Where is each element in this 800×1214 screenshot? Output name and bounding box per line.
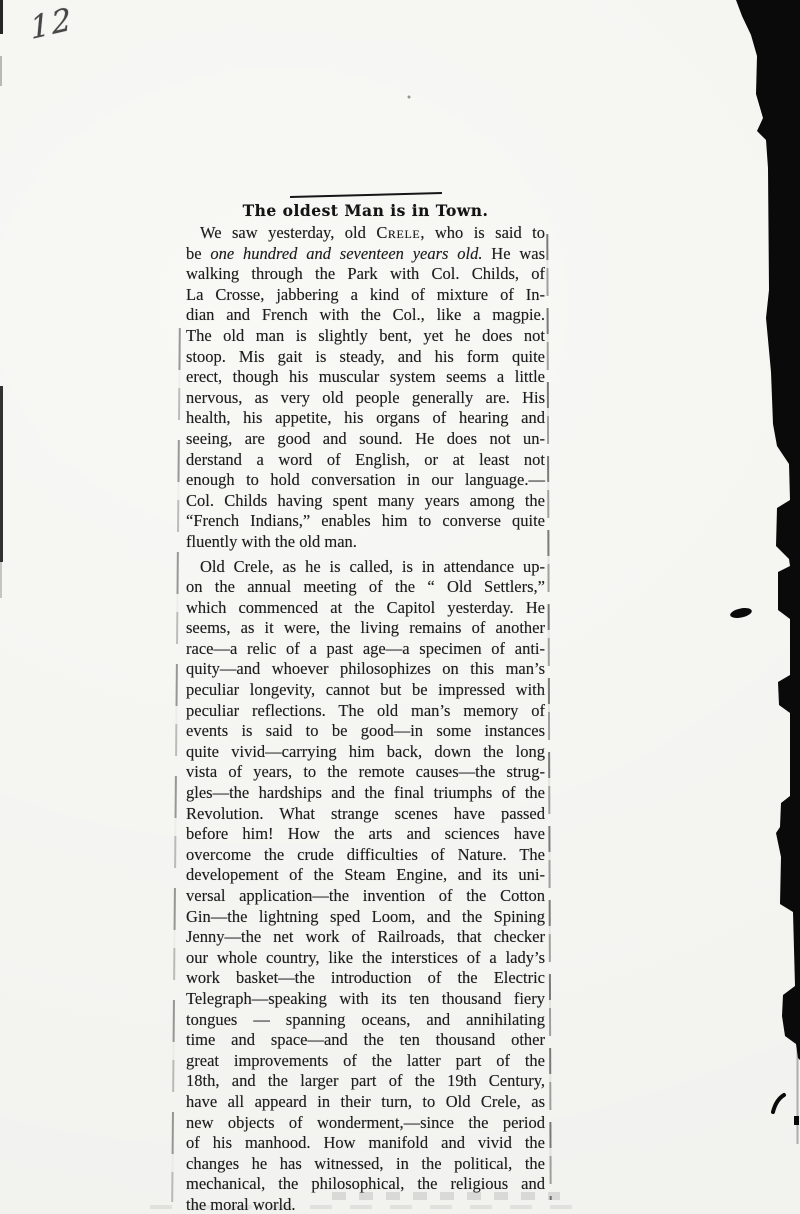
text-line: quite vivid—carrying him back, down the … <box>186 742 545 763</box>
text-line: our whole country, like the interstices … <box>186 948 545 969</box>
text-line: quity—and whoever philosophizes on this … <box>186 659 545 680</box>
text-line: tongues — spanning oceans, and annihilat… <box>186 1010 545 1031</box>
text-line: Gin—the lightning sped Loom, and the Spi… <box>186 907 545 928</box>
text-line: Jenny—the net work of Railroads, that ch… <box>186 927 545 948</box>
scan-left-edge <box>0 56 2 86</box>
text-line: seeing, are good and sound. He does not … <box>186 429 545 450</box>
text-line: Revolution. What strange scenes have pas… <box>186 804 545 825</box>
text-line: Old Crele, as he is called, is in attend… <box>186 557 545 578</box>
text-line: Col. Childs having spent many years amon… <box>186 491 545 512</box>
column-rule-right <box>546 234 551 1200</box>
text-line: changes he has witnessed, in the politic… <box>186 1154 545 1175</box>
text-line: nervous, as very old people generally ar… <box>186 388 545 409</box>
text-line: which commenced at the Capitol yesterday… <box>186 598 545 619</box>
text-line: of his manhood. How manifold and vivid t… <box>186 1133 545 1154</box>
handwritten-page-number: 12 <box>29 1 75 47</box>
article-column: The oldest Man is in Town. We saw yester… <box>186 192 545 1214</box>
column-rule-left <box>171 328 181 1202</box>
text-line: health, his appetite, his organs of hear… <box>186 408 545 429</box>
text-line: race—a relic of a past age—a specimen of… <box>186 639 545 660</box>
ink-speck <box>408 96 411 99</box>
text-line: developement of the Steam Engine, and it… <box>186 865 545 886</box>
text-line: dian and French with the Col., like a ma… <box>186 305 545 326</box>
scan-bottom-edge-smudge <box>332 1192 560 1200</box>
text-line: “French Indians,” enables him to convers… <box>186 511 545 532</box>
text-line: work basket—the introduction of the Elec… <box>186 968 545 989</box>
headline: The oldest Man is in Town. <box>186 200 545 221</box>
text-line: derstand a word of English, or at least … <box>186 450 545 471</box>
ink-speck <box>794 1116 799 1125</box>
text-line: La Crosse, jabbering a kind of mixture o… <box>186 285 545 306</box>
text-line: peculiar longevity, cannot but be impres… <box>186 680 545 701</box>
text-line: peculiar reflections. The old man’s memo… <box>186 701 545 722</box>
text-line: great improvements of the latter part of… <box>186 1051 545 1072</box>
headline-rule <box>289 192 441 198</box>
text-line: enough to hold conversation in our langu… <box>186 470 545 491</box>
text-line: events is said to be good—in some instan… <box>186 721 545 742</box>
text-line: walking through the Park with Col. Child… <box>186 264 545 285</box>
paragraph: We saw yesterday, old Crele, who is said… <box>186 223 545 553</box>
text-line: We saw yesterday, old Crele, who is said… <box>186 223 545 244</box>
scan-left-edge <box>0 0 3 34</box>
scan-edge-faint-line <box>797 1046 799 1144</box>
text-line: before him! How the arts and sciences ha… <box>186 824 545 845</box>
text-line: vista of years, to the remote causes—the… <box>186 762 545 783</box>
ink-mark <box>773 1095 784 1112</box>
text-line: seems, as it were, the living remains of… <box>186 618 545 639</box>
scan-left-edge <box>0 386 3 562</box>
scan-bottom-edge-smudge <box>150 1205 580 1209</box>
text-line: on the annual meeting of the “ Old Settl… <box>186 577 545 598</box>
text-line: gles—the hardships and the final triumph… <box>186 783 545 804</box>
text-line: The old man is slightly bent, yet he doe… <box>186 326 545 347</box>
text-line: time and space—and the ten thousand othe… <box>186 1030 545 1051</box>
text-line: have all appeard in their turn, to Old C… <box>186 1092 545 1113</box>
text-line: Telegraph—speaking with its ten thousand… <box>186 989 545 1010</box>
scan-black-edge <box>736 0 800 1060</box>
scan-left-edge <box>0 562 2 598</box>
scanned-newspaper-page: 12 The oldest Man is in Town. We saw yes… <box>0 0 800 1214</box>
text-line: versal application—the invention of the … <box>186 886 545 907</box>
paragraph: Old Crele, as he is called, is in attend… <box>186 557 545 1214</box>
text-line: new objects of wonderment,—since the per… <box>186 1113 545 1134</box>
text-line: erect, though his muscular system seems … <box>186 367 545 388</box>
article-body: We saw yesterday, old Crele, who is said… <box>186 223 545 1214</box>
text-line: be one hundred and seventeen years old. … <box>186 244 545 265</box>
text-line: stoop. Mis gait is steady, and his form … <box>186 347 545 368</box>
text-line: fluently with the old man. <box>186 532 545 553</box>
ink-blob <box>729 606 752 619</box>
text-line: overcome the crude difficulties of Natur… <box>186 845 545 866</box>
text-line: 18th, and the larger part of the 19th Ce… <box>186 1071 545 1092</box>
